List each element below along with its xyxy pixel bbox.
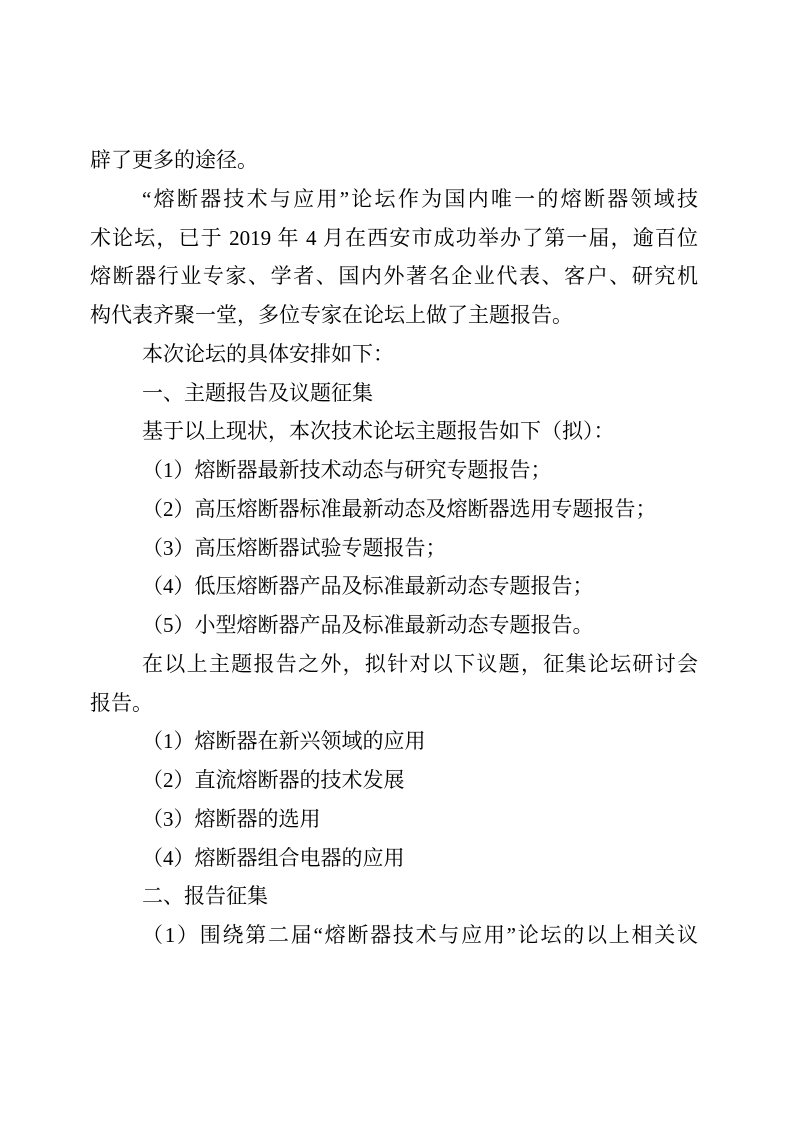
text-line: 构代表齐聚一堂，多位专家在论坛上做了主题报告。 xyxy=(90,296,698,335)
text-line: （3）高压熔断器试验专题报告； xyxy=(90,529,698,568)
text-line: 本次论坛的具体安排如下： xyxy=(90,335,698,374)
document-page: 辟了更多的途径。“熔断器技术与应用”论坛作为国内唯一的熔断器领域技术论坛，已于 … xyxy=(0,0,794,1123)
text-line: （5）小型熔断器产品及标准最新动态专题报告。 xyxy=(90,606,698,645)
text-line: （3）熔断器的选用 xyxy=(90,800,698,839)
text-line: 辟了更多的途径。 xyxy=(90,141,698,180)
text-line: （1）熔断器最新技术动态与研究专题报告； xyxy=(90,451,698,490)
text-line: （2）直流熔断器的技术发展 xyxy=(90,761,698,800)
text-line: 熔断器行业专家、学者、国内外著名企业代表、客户、研究机 xyxy=(90,257,698,296)
text-line: 基于以上现状，本次技术论坛主题报告如下（拟）： xyxy=(90,412,698,451)
text-line: （1）围绕第二届“熔断器技术与应用”论坛的以上相关议 xyxy=(90,916,698,955)
text-line: （4）熔断器组合电器的应用 xyxy=(90,839,698,878)
text-line: 术论坛，已于 2019 年 4 月在西安市成功举办了第一届，逾百位 xyxy=(90,219,698,258)
text-line: 在以上主题报告之外，拟针对以下议题，征集论坛研讨会 xyxy=(90,645,698,684)
text-line: （1）熔断器在新兴领域的应用 xyxy=(90,722,698,761)
text-line: （2）高压熔断器标准最新动态及熔断器选用专题报告； xyxy=(90,490,698,529)
text-line: 二、报告征集 xyxy=(90,877,698,916)
text-line: （4）低压熔断器产品及标准最新动态专题报告； xyxy=(90,567,698,606)
text-line: 一、主题报告及议题征集 xyxy=(90,374,698,413)
document-text-body: 辟了更多的途径。“熔断器技术与应用”论坛作为国内唯一的熔断器领域技术论坛，已于 … xyxy=(90,141,698,955)
text-line: 报告。 xyxy=(90,684,698,723)
text-line: “熔断器技术与应用”论坛作为国内唯一的熔断器领域技 xyxy=(90,180,698,219)
